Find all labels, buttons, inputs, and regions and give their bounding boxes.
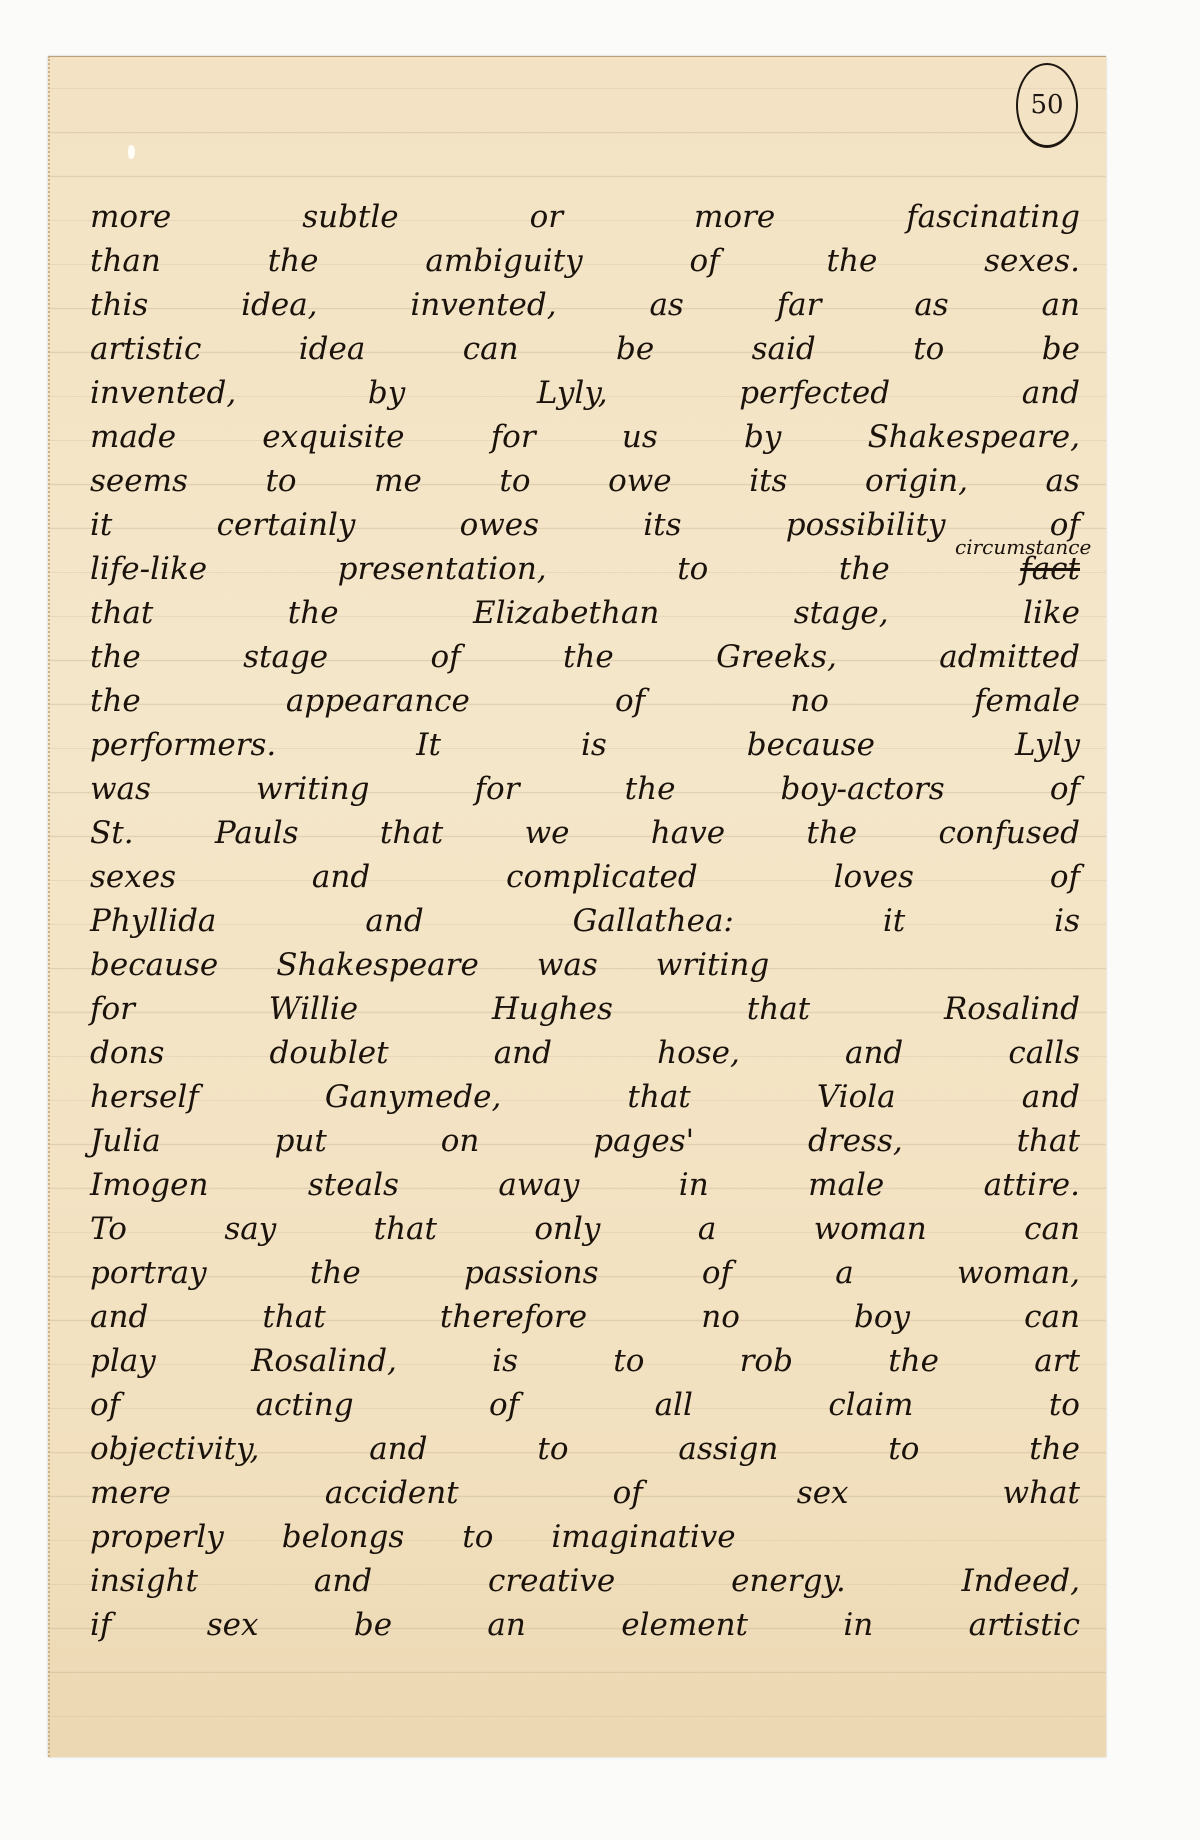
word: on: [441, 1119, 480, 1163]
word: Greeks,: [716, 635, 837, 679]
word: owes: [460, 503, 539, 547]
manuscript-line: sexesandcomplicatedlovesof: [90, 855, 1080, 899]
word: an: [1042, 283, 1080, 327]
word: a: [835, 1251, 853, 1295]
word: was: [537, 943, 598, 987]
word: we: [525, 811, 570, 855]
word: a: [698, 1207, 716, 1251]
word: in: [843, 1603, 873, 1647]
word: me: [374, 459, 422, 503]
word: life-like: [90, 547, 207, 591]
word: perfected: [739, 371, 890, 415]
word: rob: [740, 1339, 793, 1383]
word: that: [627, 1075, 690, 1119]
word: to: [462, 1515, 493, 1559]
word: Gallathea:: [573, 899, 734, 943]
manuscript-line: St.Paulsthatwehavetheconfused: [90, 811, 1080, 855]
word: sexes: [90, 855, 176, 899]
page-number-circled: 50: [1016, 63, 1078, 148]
word: or: [530, 195, 563, 239]
word: Willie: [269, 987, 358, 1031]
word: to: [677, 547, 708, 591]
word: to: [913, 327, 944, 371]
word: the: [625, 767, 676, 811]
word: woman,: [957, 1251, 1080, 1295]
word: the: [888, 1339, 939, 1383]
word: the: [90, 679, 141, 723]
word: imaginative: [551, 1515, 735, 1559]
manuscript-line: waswritingfortheboy-actorsof: [90, 767, 1080, 811]
word: woman: [814, 1207, 927, 1251]
word: can: [1024, 1207, 1080, 1251]
word: the: [563, 635, 614, 679]
word: its: [643, 503, 681, 547]
word: for: [90, 987, 135, 1031]
manuscript-line: forWillieHughesthatRosalind: [90, 987, 1080, 1031]
word: female: [974, 679, 1080, 723]
word: energy.: [731, 1559, 846, 1603]
word: properly: [90, 1515, 224, 1559]
word: and: [312, 855, 370, 899]
word: said: [752, 327, 816, 371]
manuscript-line: moresubtleormorefascinating: [90, 195, 1080, 239]
word: of: [613, 1471, 643, 1515]
word: artistic: [90, 327, 201, 371]
word: sex: [207, 1603, 259, 1647]
word: admitted: [939, 635, 1080, 679]
word: no: [701, 1295, 740, 1339]
word: steals: [308, 1163, 399, 1207]
word: male: [808, 1163, 884, 1207]
word: belongs: [282, 1515, 405, 1559]
word: that: [90, 591, 153, 635]
word: stage: [243, 635, 328, 679]
manuscript-line: PhyllidaandGallathea:itis: [90, 899, 1080, 943]
manuscript-line: artisticideacanbesaidtobe: [90, 327, 1080, 371]
word: its: [749, 459, 787, 503]
manuscript-line: Imogenstealsawayinmaleattire.: [90, 1163, 1080, 1207]
word: of: [615, 679, 645, 723]
word: Julia: [90, 1119, 161, 1163]
word: of: [702, 1251, 732, 1295]
manuscript-line: Tosaythatonlyawomancan: [90, 1207, 1080, 1251]
word: made: [90, 415, 176, 459]
manuscript-line: insightandcreativeenergy.Indeed,: [90, 1559, 1080, 1603]
word: doublet: [270, 1031, 389, 1075]
word: like: [1023, 591, 1080, 635]
word: be: [616, 327, 654, 371]
word: that: [747, 987, 810, 1031]
word: St.: [90, 811, 134, 855]
word: be: [1042, 327, 1080, 371]
manuscript-line: thantheambiguityofthesexes.: [90, 239, 1080, 283]
word: Lyly: [1015, 723, 1080, 767]
word: seems: [90, 459, 188, 503]
word: idea: [299, 327, 366, 371]
word: for: [475, 767, 520, 811]
word: us: [622, 415, 658, 459]
word: of: [1050, 855, 1080, 899]
word: of: [489, 1383, 519, 1427]
word: is: [1054, 899, 1080, 943]
manuscript-line: madeexquisiteforusbyShakespeare,: [90, 415, 1080, 459]
page-number: 50: [1030, 90, 1063, 120]
word: Viola: [817, 1075, 896, 1119]
word: because: [90, 943, 218, 987]
word: this: [90, 283, 148, 327]
manuscript-line: theappearanceofnofemale: [90, 679, 1080, 723]
word: is: [492, 1339, 518, 1383]
word: of: [430, 635, 460, 679]
word: it: [883, 899, 905, 943]
word: Ganymede,: [325, 1075, 502, 1119]
word: boy: [854, 1295, 910, 1339]
word: and: [1022, 371, 1080, 415]
word: artistic: [969, 1603, 1080, 1647]
word: dons: [90, 1031, 164, 1075]
word: Imogen: [90, 1163, 208, 1207]
word: as: [914, 283, 948, 327]
word: portray: [90, 1251, 207, 1295]
manuscript-line: becauseShakespearewaswriting: [90, 943, 1080, 987]
manuscript-line: portraythepassionsofawoman,: [90, 1251, 1080, 1295]
word: invented,: [410, 283, 556, 327]
word: is: [581, 723, 607, 767]
word: art: [1034, 1339, 1080, 1383]
word: in: [679, 1163, 709, 1207]
word: of: [690, 239, 720, 283]
word: complicated: [506, 855, 698, 899]
word: subtle: [302, 195, 398, 239]
word: therefore: [440, 1295, 587, 1339]
word: to: [613, 1339, 644, 1383]
word: say: [224, 1207, 276, 1251]
word: owe: [608, 459, 672, 503]
paper-tear: [128, 145, 135, 159]
word: claim: [828, 1383, 913, 1427]
word: loves: [834, 855, 914, 899]
word: the: [90, 635, 141, 679]
word: the: [827, 239, 878, 283]
word: presentation,: [338, 547, 547, 591]
word: element: [621, 1603, 748, 1647]
word: the: [839, 547, 890, 591]
word: have: [651, 811, 725, 855]
word: appearance: [286, 679, 470, 723]
word: and: [90, 1295, 148, 1339]
word: performers.: [90, 723, 276, 767]
word: and: [1022, 1075, 1080, 1119]
word: To: [90, 1207, 127, 1251]
word: the: [288, 591, 339, 635]
word: and: [845, 1031, 903, 1075]
manuscript-line: Juliaputonpages'dress,that: [90, 1119, 1080, 1163]
word: Hughes: [492, 987, 613, 1031]
word: an: [487, 1603, 525, 1647]
word: to: [265, 459, 296, 503]
word: herself: [90, 1075, 199, 1119]
word: Lyly,: [537, 371, 608, 415]
word: of: [1050, 767, 1080, 811]
word: and: [494, 1031, 552, 1075]
word: all: [655, 1383, 693, 1427]
word: more: [90, 195, 171, 239]
manuscript-line: ifsexbeanelementinartistic: [90, 1603, 1080, 1647]
word: more: [694, 195, 775, 239]
word: to: [537, 1427, 568, 1471]
word: attire.: [984, 1163, 1080, 1207]
word: that: [374, 1207, 437, 1251]
word: Shakespeare: [276, 943, 479, 987]
manuscript-line: ofactingofallclaimto: [90, 1383, 1080, 1427]
word: Rosalind: [944, 987, 1080, 1031]
word: as: [1046, 459, 1080, 503]
word: away: [498, 1163, 579, 1207]
word: to: [499, 459, 530, 503]
word: that: [380, 811, 443, 855]
word: Phyllida: [90, 899, 216, 943]
word: can: [1024, 1295, 1080, 1339]
word: Shakespeare,: [868, 415, 1080, 459]
manuscript-line: thattheElizabethanstage,like: [90, 591, 1080, 635]
word: creative: [488, 1559, 615, 1603]
word: idea,: [241, 283, 317, 327]
word: objectivity,: [90, 1427, 259, 1471]
word: the: [1029, 1427, 1080, 1471]
word: confused: [938, 811, 1080, 855]
word: and: [365, 899, 423, 943]
manuscript-line: performers.ItisbecauseLyly: [90, 723, 1080, 767]
word: was: [90, 767, 151, 811]
word: Elizabethan: [473, 591, 659, 635]
word: can: [463, 327, 519, 371]
word: fascinating: [906, 195, 1080, 239]
word: insight: [90, 1559, 198, 1603]
word: invented,: [90, 371, 236, 415]
word: the: [268, 239, 319, 283]
word: only: [534, 1207, 600, 1251]
word: than: [90, 239, 161, 283]
word: Indeed,: [962, 1559, 1080, 1603]
word: boy-actors: [781, 767, 945, 811]
word: and: [314, 1559, 372, 1603]
manuscript-line: thestageoftheGreeks,admitted: [90, 635, 1080, 679]
word: possibility: [786, 503, 946, 547]
manuscript-line: andthatthereforenoboycan: [90, 1295, 1080, 1339]
word: that: [262, 1295, 325, 1339]
word: sexes.: [984, 239, 1080, 283]
struck-word: fact: [1020, 547, 1080, 591]
word: far: [777, 283, 822, 327]
word: to: [888, 1427, 919, 1471]
word: exquisite: [262, 415, 404, 459]
word: no: [790, 679, 829, 723]
word: assign: [678, 1427, 778, 1471]
manuscript-line: donsdoubletandhose,andcalls: [90, 1031, 1080, 1075]
manuscript-line: mereaccidentofsexwhat: [90, 1471, 1080, 1515]
word: play: [90, 1339, 156, 1383]
word: pages': [593, 1119, 694, 1163]
word: be: [354, 1603, 392, 1647]
manuscript-line: invented,byLyly,perfectedand: [90, 371, 1080, 415]
word: to: [1049, 1383, 1080, 1427]
word: It: [416, 723, 441, 767]
word: writing: [656, 943, 769, 987]
manuscript-line: thisidea,invented,asfarasan: [90, 283, 1080, 327]
manuscript-line: itcertainlyowesitspossibilityof: [90, 503, 1080, 547]
word: accident: [325, 1471, 459, 1515]
word: certainly: [217, 503, 356, 547]
word: put: [275, 1119, 327, 1163]
word: the: [310, 1251, 361, 1295]
word: by: [744, 415, 781, 459]
word: dress,: [808, 1119, 903, 1163]
word: calls: [1008, 1031, 1080, 1075]
word: and: [369, 1427, 427, 1471]
word: origin,: [865, 459, 968, 503]
manuscript-line: properlybelongstoimaginative: [90, 1515, 1080, 1559]
word: Rosalind,: [251, 1339, 397, 1383]
word: of: [90, 1383, 120, 1427]
manuscript-line: herselfGanymede,thatViolaand: [90, 1075, 1080, 1119]
word: as: [649, 283, 683, 327]
manuscript-page: 50 circumstance moresubtleormorefascinat…: [48, 56, 1106, 1757]
word: hose,: [657, 1031, 740, 1075]
word: for: [491, 415, 536, 459]
word: what: [1003, 1471, 1080, 1515]
word: stage,: [794, 591, 889, 635]
word: of: [1050, 503, 1080, 547]
manuscript-line: playRosalind,istorobtheart: [90, 1339, 1080, 1383]
word: passions: [464, 1251, 599, 1295]
manuscript-line: seemstometooweitsorigin,as: [90, 459, 1080, 503]
word: the: [806, 811, 857, 855]
word: ambiguity: [425, 239, 582, 283]
manuscript-line: life-likepresentation,tothefact: [90, 547, 1080, 591]
word: Pauls: [215, 811, 299, 855]
word: sex: [797, 1471, 849, 1515]
word: because: [747, 723, 875, 767]
word: if: [90, 1603, 111, 1647]
word: mere: [90, 1471, 171, 1515]
word: it: [90, 503, 112, 547]
manuscript-line: objectivity,andtoassigntothe: [90, 1427, 1080, 1471]
word: by: [368, 371, 405, 415]
word: writing: [256, 767, 369, 811]
manuscript-text: moresubtleormorefascinatingthantheambigu…: [90, 195, 1080, 1647]
word: acting: [256, 1383, 354, 1427]
word: that: [1017, 1119, 1080, 1163]
